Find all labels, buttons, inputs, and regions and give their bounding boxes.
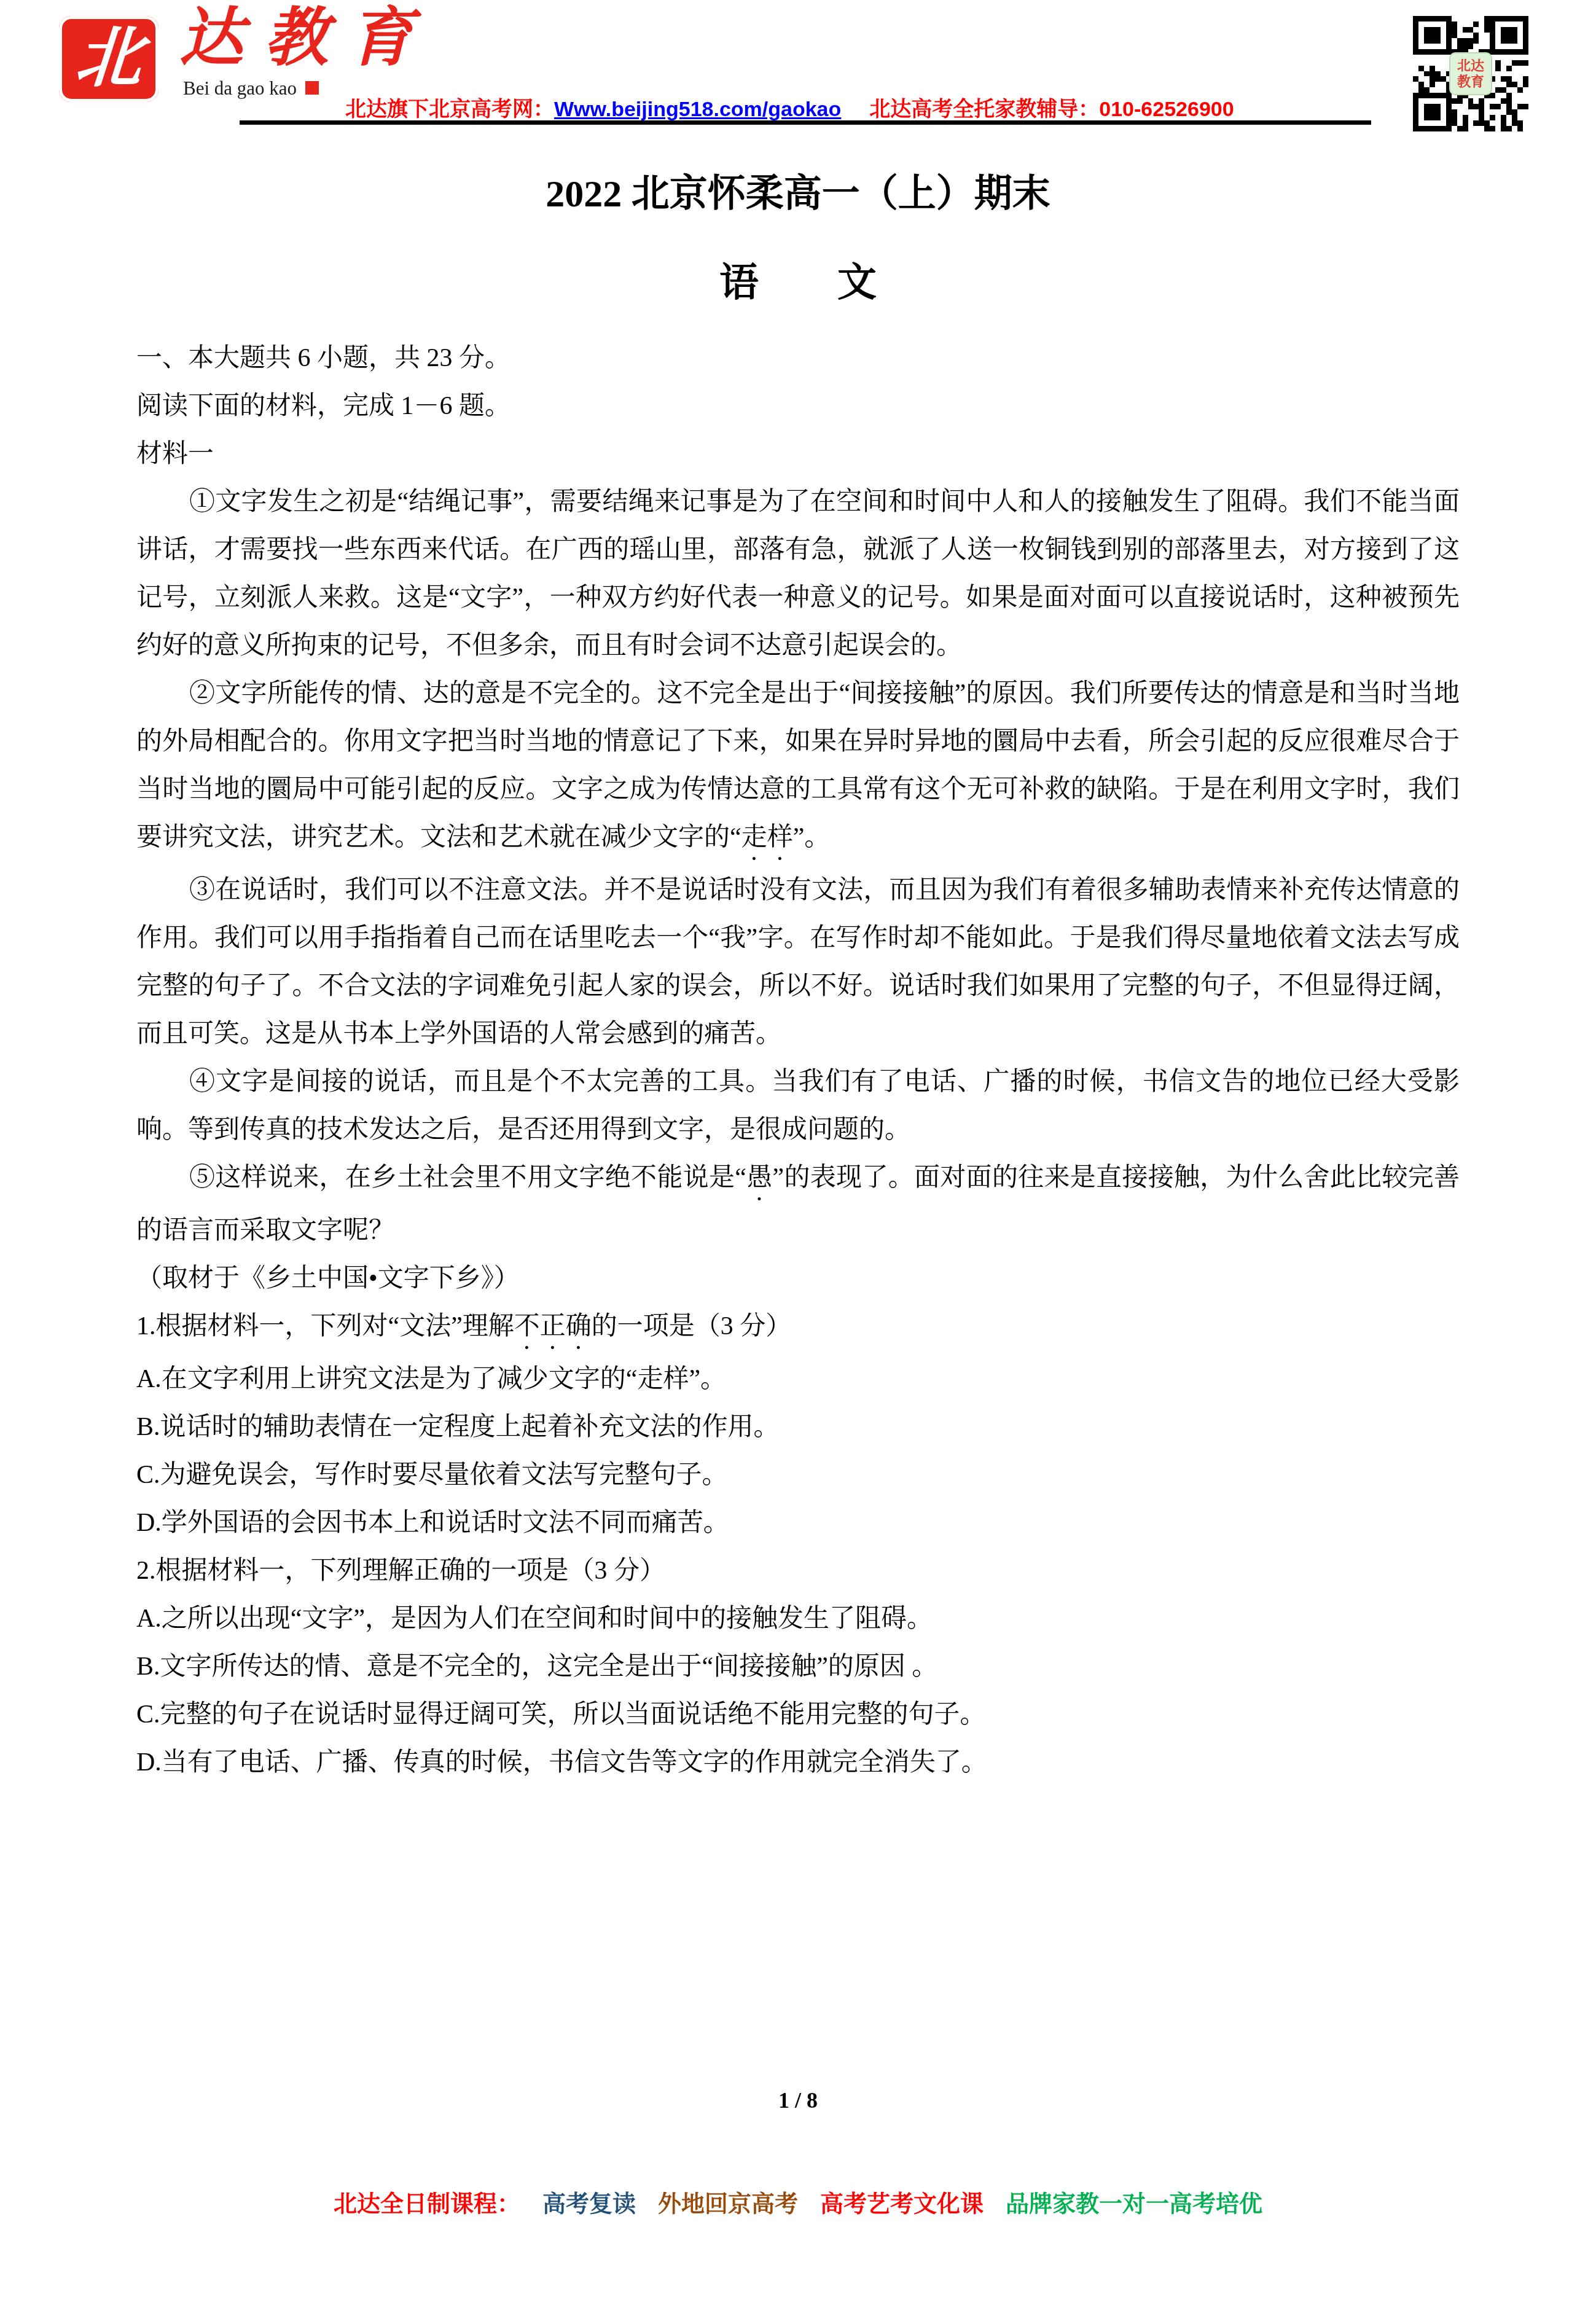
material-one-label: 材料一 [136,430,1460,478]
question-1-option-d: D.学外国语的会因书本上和说话时文法不同而痛苦。 [136,1499,1460,1547]
text-segment: ①文字发生之初是“结绳记事”，需要结绳来记事是为了在空间和时间中人和人的接触发生… [136,488,1460,660]
exam-title: 2022 北京怀柔高一（上）期末 [136,166,1460,222]
paragraph-1: ①文字发生之初是“结绳记事”，需要结绳来记事是为了在空间和时间中人和人的接触发生… [136,478,1460,670]
text-segment: ④文字是间接的说话，而且是个不太完善的工具。当我们有了电话、广播的时候，书信文告… [136,1068,1460,1144]
paragraph-4: ④文字是间接的说话，而且是个不太完善的工具。当我们有了电话、广播的时候，书信文告… [136,1058,1460,1154]
section-heading: 一、本大题共 6 小题，共 23 分。 [136,334,1460,382]
source-attribution: （取材于《乡土中国•文字下乡》） [136,1254,1460,1302]
question-1-option-b: B.说话时的辅助表情在一定程度上起着补充文法的作用。 [136,1403,1460,1451]
header-contact-line: 北达旗下北京高考网：Www.beijing518.com/gaokao北达高考全… [345,92,1234,122]
gaokao-site-link[interactable]: Www.beijing518.com/gaokao [554,98,841,121]
seal-character: 北 [73,26,144,92]
question-2-stem: 2.根据材料一，下列理解正确的一项是（3 分） [136,1547,1460,1595]
footer-promo-line: 北达全日制课程：高考复读外地回京高考高考艺考文化课品牌家教一对一高考培优 [0,2185,1596,2218]
question-2-option-b: B.文字所传达的情、意是不完全的，这完全是出于“间接接触”的原因 。 [136,1643,1460,1691]
site-label: 北达旗下北京高考网： [345,98,554,121]
text-segment: 不正确 [514,1312,592,1340]
text-segment: 高考艺考文化课 [820,2191,984,2217]
text-segment: 高考复读 [542,2191,636,2217]
header-divider [240,120,1371,125]
red-square-icon [305,81,319,95]
beida-seal-logo: 北 [59,16,158,102]
text-segment: 北达全日制课程： [334,2191,520,2217]
text-segment: 愚 [746,1164,773,1192]
text-segment: 品牌家教一对一高考培优 [1006,2191,1262,2217]
qr-badge-line2: 教育 [1457,74,1484,90]
exam-document-page: 北 达教育 Bei da gao kao 北达旗下北京高考网：Www.beiji… [0,0,1596,2300]
subject-title: 语 文 [136,254,1460,311]
text-segment: 走样 [741,823,793,851]
question-2-option-c: C.完整的句子在说话时显得迂阔可笑，所以当面说话绝不能用完整的句子。 [136,1691,1460,1739]
question-1-option-c: C.为避免误会，写作时要尽量依着文法写完整句子。 [136,1451,1460,1499]
qr-center-badge: 北达 教育 [1449,52,1492,95]
paragraph-5: ⑤这样说来，在乡土社会里不用文字绝不能说是“愚”的表现了。面对面的往来是直接接触… [136,1154,1460,1254]
text-segment: ”。 [793,823,831,851]
logo-brand-text: 达教育 [179,5,434,72]
question-1-stem: 1.根据材料一，下列对“文法”理解不正确的一项是（3 分） [136,1302,1460,1355]
text-segment: ⑤这样说来，在乡土社会里不用文字绝不能说是“ [189,1164,746,1192]
reading-instruction: 阅读下面的材料，完成 1－6 题。 [136,382,1460,430]
question-1-option-a: A.在文字利用上讲究文法是为了减少文字的“走样”。 [136,1355,1460,1403]
question-2-option-d: D.当有了电话、广播、传真的时候，书信文告等文字的作用就完全消失了。 [136,1739,1460,1786]
text-segment: 外地回京高考 [658,2191,798,2217]
page-number: 1 / 8 [0,2087,1596,2113]
qr-badge-line1: 北达 [1457,58,1484,74]
document-content: 2022 北京怀柔高一（上）期末 语 文 一、本大题共 6 小题，共 23 分。… [136,154,1460,1786]
text-segment: 的一项是（3 分） [592,1312,792,1340]
text-segment: 2.根据材料一，下列理解正确的一项是（3 分） [136,1557,665,1585]
paragraph-3: ③在说话时，我们可以不注意文法。并不是说话时没有文法，而且因为我们有着很多辅助表… [136,866,1460,1058]
paragraph-2: ②文字所能传的情、达的意是不完全的。这不完全是出于“间接接触”的原因。我们所要传… [136,670,1460,866]
text-segment: 1.根据材料一，下列对“文法”理解 [136,1312,514,1340]
logo-caption-text: Bei da gao kao [183,77,297,99]
tutor-contact: 北达高考全托家教辅导：010-62526900 [869,98,1234,121]
logo-caption: Bei da gao kao [183,77,319,100]
exam-body: 一、本大题共 6 小题，共 23 分。 阅读下面的材料，完成 1－6 题。 材料… [136,334,1460,1786]
question-2-option-a: A.之所以出现“文字”，是因为人们在空间和时间中的接触发生了阻碍。 [136,1595,1460,1643]
qr-code: 北达 教育 [1412,16,1530,131]
text-segment: ③在说话时，我们可以不注意文法。并不是说话时没有文法，而且因为我们有着很多辅助表… [136,876,1460,1048]
